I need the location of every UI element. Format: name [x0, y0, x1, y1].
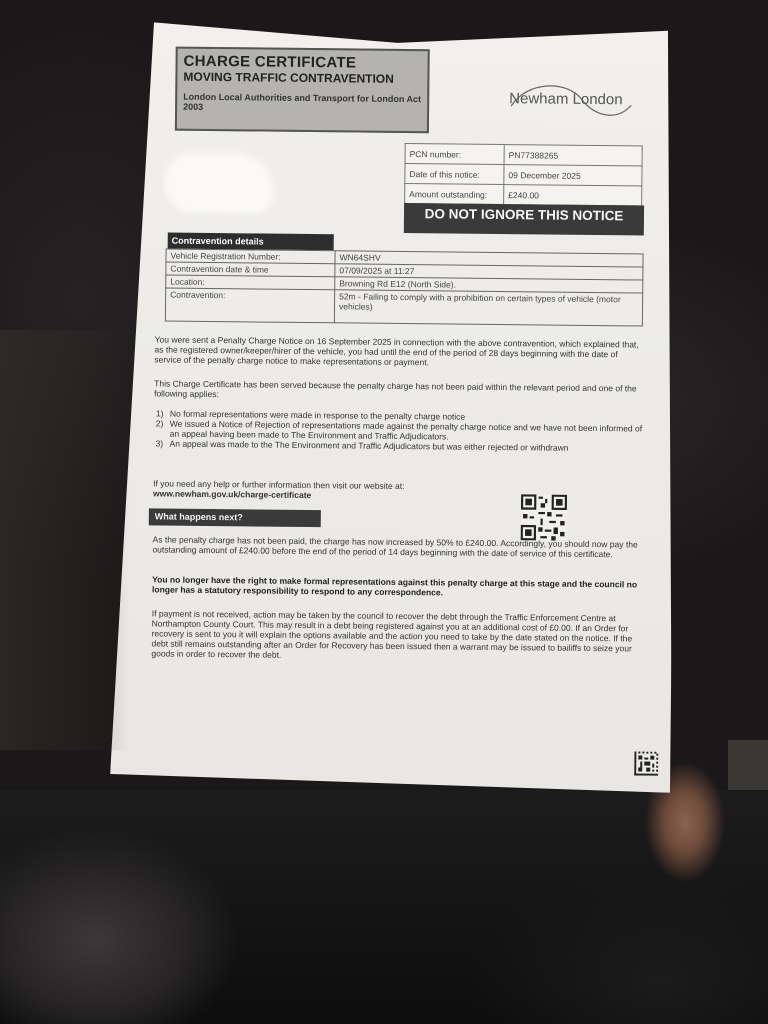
increase-paragraph: As the penalty charge has not been paid,…	[152, 534, 642, 559]
newham-london-logo: Newham London	[507, 76, 637, 122]
reason-paragraph: This Charge Certificate has been served …	[154, 378, 644, 403]
table-row: Date of this notice: 09 December 2025	[405, 164, 642, 186]
reasons-list: 1)No formal representations were made in…	[154, 408, 644, 453]
datamatrix-code-icon	[634, 751, 658, 775]
contravention-details-table: Vehicle Registration Number: WN64SHV Con…	[165, 249, 644, 327]
no-rights-paragraph: You no longer have the right to make for…	[152, 574, 642, 599]
help-paragraph: If you need any help or further informat…	[153, 478, 643, 503]
logo-text: Newham London	[509, 90, 623, 108]
amount-outstanding-value: £240.00	[504, 185, 642, 206]
pcn-summary-table: PCN number: PN77388265 Date of this noti…	[404, 143, 643, 206]
contravention-details-header: Contravention details	[168, 233, 334, 251]
what-happens-next-header: What happens next?	[149, 508, 321, 527]
contravention-value: 52m - Failing to comply with a prohibiti…	[334, 290, 642, 326]
qr-code-icon	[521, 494, 567, 540]
table-row: PCN number: PN77388265	[405, 144, 642, 166]
document-subtitle: MOVING TRAFFIC CONTRAVENTION	[183, 70, 421, 86]
redacted-recipient-address	[164, 152, 275, 213]
title-box: CHARGE CERTIFICATE MOVING TRAFFIC CONTRA…	[175, 47, 430, 134]
notice-date-label: Date of this notice:	[405, 164, 504, 185]
notice-date-value: 09 December 2025	[504, 165, 642, 186]
legislation-act: London Local Authorities and Transport f…	[183, 92, 421, 114]
pcn-number-value: PN77388265	[504, 145, 642, 166]
recovery-paragraph: If payment is not received, action may b…	[151, 608, 641, 663]
pcn-number-label: PCN number:	[405, 144, 504, 165]
contravention-label: Contravention:	[165, 288, 334, 323]
amount-outstanding-label: Amount outstanding:	[405, 184, 504, 205]
intro-paragraph: You were sent a Penalty Charge Notice on…	[154, 334, 644, 369]
charge-certificate-paper: CHARGE CERTIFICATE MOVING TRAFFIC CONTRA…	[110, 22, 678, 793]
table-row: Contravention: 52m - Failing to comply w…	[165, 288, 642, 326]
warning-banner: DO NOT IGNORE THIS NOTICE	[404, 203, 644, 236]
